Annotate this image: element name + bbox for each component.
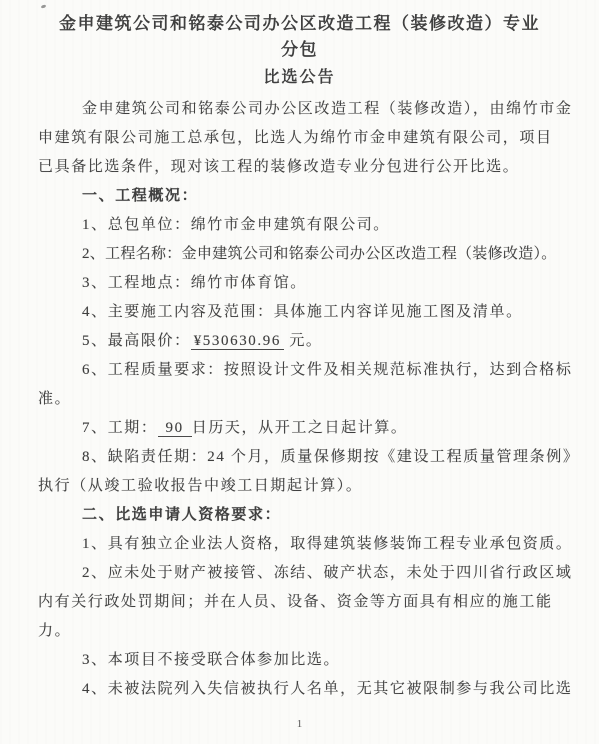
item-max-price: 5、最高限价：¥530630.96 元。 — [38, 327, 581, 356]
section1-heading: 一、工程概况： — [38, 182, 581, 211]
item-duration: 7、工期：90日历天，从开工之日起计算。 — [38, 414, 581, 443]
item-financial-status-line-2: 内有关行政处罚期间；并在人员、设备、资金等方面具有相应的施工能 — [38, 588, 581, 617]
item-project-name: 2、工程名称：金申建筑公司和铭泰公司办公区改造工程（装修改造）。 — [38, 240, 581, 269]
item-general-contractor: 1、总包单位：绵竹市金申建筑有限公司。 — [38, 211, 581, 240]
duration-value: 90 — [158, 420, 192, 437]
page-number: 1 — [0, 718, 599, 730]
item-construction-scope: 4、主要施工内容及范围：具体施工内容详见施工图及清单。 — [38, 298, 581, 327]
document-page: 金申建筑公司和铭泰公司办公区改造工程（装修改造）专业 分包 比选公告 金申建筑公… — [0, 0, 599, 744]
intro-line-3: 已具备比选条件，现对该工程的装修改造专业分包进行公开比选。 — [38, 153, 581, 182]
item-no-dishonest-list: 4、未被法院列入失信被执行人名单，无其它被限制参与我公司比选 — [38, 675, 581, 704]
duration-suffix: 日历天，从开工之日起计算。 — [192, 420, 408, 436]
max-price-label: 5、最高限价： — [82, 333, 191, 349]
item-quality-line-1: 6、工程质量要求：按照设计文件及相关规范标准执行，达到合格标 — [38, 356, 581, 385]
item-defect-liability-line-1: 8、缺陷责任期：24 个月，质量保修期按《建设工程质量管理条例》 — [38, 443, 581, 472]
document-title: 金申建筑公司和铭泰公司办公区改造工程（装修改造）专业 分包 — [0, 0, 599, 63]
document-subtitle: 比选公告 — [0, 65, 599, 90]
duration-label: 7、工期： — [82, 420, 158, 436]
item-financial-status-line-1: 2、应未处于财产被接管、冻结、破产状态，未处于四川省行政区域 — [38, 559, 581, 588]
document-body: 金申建筑公司和铭泰公司办公区改造工程（装修改造），由绵竹市金 申建筑有限公司施工… — [0, 95, 599, 704]
title-line-2: 分包 — [281, 40, 318, 59]
item-project-location: 3、工程地点：绵竹市体育馆。 — [38, 269, 581, 298]
item-defect-liability-line-2: 执行（从竣工验收报告中竣工日期起计算）。 — [38, 472, 581, 501]
intro-line-2: 申建筑有限公司施工总承包，比选人为绵竹市金申建筑有限公司，项目 — [38, 124, 581, 153]
item-qualification: 1、具有独立企业法人资格，取得建筑装修装饰工程专业承包资质。 — [38, 530, 581, 559]
title-line-1: 金申建筑公司和铭泰公司办公区改造工程（装修改造）专业 — [59, 14, 540, 33]
intro-line-1: 金申建筑公司和铭泰公司办公区改造工程（装修改造），由绵竹市金 — [38, 95, 581, 124]
item-quality-line-2: 准。 — [38, 385, 581, 414]
max-price-value: ¥530630.96 — [191, 333, 284, 350]
item-no-consortium: 3、本项目不接受联合体参加比选。 — [38, 646, 581, 675]
section2-heading: 二、比选申请人资格要求： — [38, 501, 581, 530]
max-price-suffix: 元。 — [289, 333, 322, 349]
item-financial-status-line-3: 力。 — [38, 617, 581, 646]
